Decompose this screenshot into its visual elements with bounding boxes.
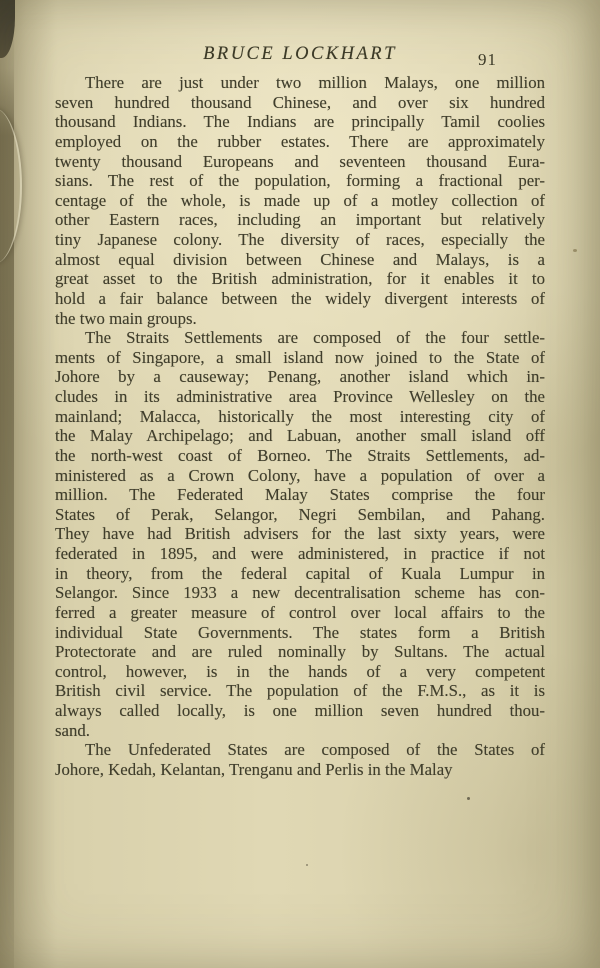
- running-header-title: BRUCE LOCKHART: [55, 44, 545, 65]
- text-line: other Eastern races, including an import…: [55, 210, 545, 230]
- text-line: always called locally, is one million se…: [55, 701, 545, 721]
- book-page-photo: BRUCE LOCKHART 91 There are just under t…: [0, 0, 600, 968]
- text-line: the north-west coast of Borneo. The Stra…: [55, 446, 545, 466]
- running-header: BRUCE LOCKHART 91: [55, 44, 545, 70]
- text-line: twenty thousand Europeans and seventeen …: [55, 152, 545, 172]
- text-line: employed on the rubber estates. There ar…: [55, 132, 545, 152]
- text-line: cludes in its administrative area Provin…: [55, 387, 545, 407]
- text-line: ferred a greater measure of control over…: [55, 603, 545, 623]
- text-line: They have had British advisers for the l…: [55, 524, 545, 544]
- text-line: the Malay Archipelago; and Labuan, anoth…: [55, 426, 545, 446]
- text-line: control, however, is in the hands of a v…: [55, 662, 545, 682]
- text-line: in theory, from the federal capital of K…: [55, 564, 545, 584]
- paper-speck: [391, 711, 394, 713]
- text-line: mainland; Malacca, historically the most…: [55, 407, 545, 427]
- text-line: sians. The rest of the population, formi…: [55, 171, 545, 191]
- paper-speck: [467, 797, 470, 800]
- paragraph: There are just under two million Malays,…: [55, 73, 545, 328]
- text-line: States of Perak, Selangor, Negri Sembila…: [55, 505, 545, 525]
- text-line: The Straits Settlements are composed of …: [55, 328, 545, 348]
- paragraph: The Unfederated States are composed of t…: [55, 740, 545, 779]
- page-number: 91: [478, 50, 497, 70]
- text-line: ministered as a Crown Colony, have a pop…: [55, 466, 545, 486]
- text-line: hold a fair balance between the widely d…: [55, 289, 545, 309]
- paragraph: The Straits Settlements are composed of …: [55, 328, 545, 740]
- text-line: individual State Governments. The states…: [55, 623, 545, 643]
- text-line: the two main groups.: [55, 309, 545, 329]
- text-line: Johore, Kedah, Kelantan, Trenganu and Pe…: [55, 760, 545, 780]
- text-line: great asset to the British administratio…: [55, 269, 545, 289]
- text-line: centage of the whole, is made up of a mo…: [55, 191, 545, 211]
- text-line: seven hundred thousand Chinese, and over…: [55, 93, 545, 113]
- text-line: tiny Japanese colony. The diversity of r…: [55, 230, 545, 250]
- text-line: million. The Federated Malay States comp…: [55, 485, 545, 505]
- text-line: ments of Singapore, a small island now j…: [55, 348, 545, 368]
- text-line: thousand Indians. The Indians are princi…: [55, 112, 545, 132]
- text-line: Protectorate and are ruled nominally by …: [55, 642, 545, 662]
- text-line: almost equal division between Chinese an…: [55, 250, 545, 270]
- text-line: Selangor. Since 1933 a new decentralisat…: [55, 583, 545, 603]
- page-body: There are just under two million Malays,…: [55, 73, 545, 780]
- text-line: The Unfederated States are composed of t…: [55, 740, 545, 760]
- paper-speck: [306, 864, 308, 866]
- text-line: Johore by a causeway; Penang, another is…: [55, 367, 545, 387]
- text-line: federated in 1895, and were administered…: [55, 544, 545, 564]
- paper-speck: [573, 249, 577, 252]
- text-line: British civil service. The population of…: [55, 681, 545, 701]
- text-line: There are just under two million Malays,…: [55, 73, 545, 93]
- text-line: sand.: [55, 721, 545, 741]
